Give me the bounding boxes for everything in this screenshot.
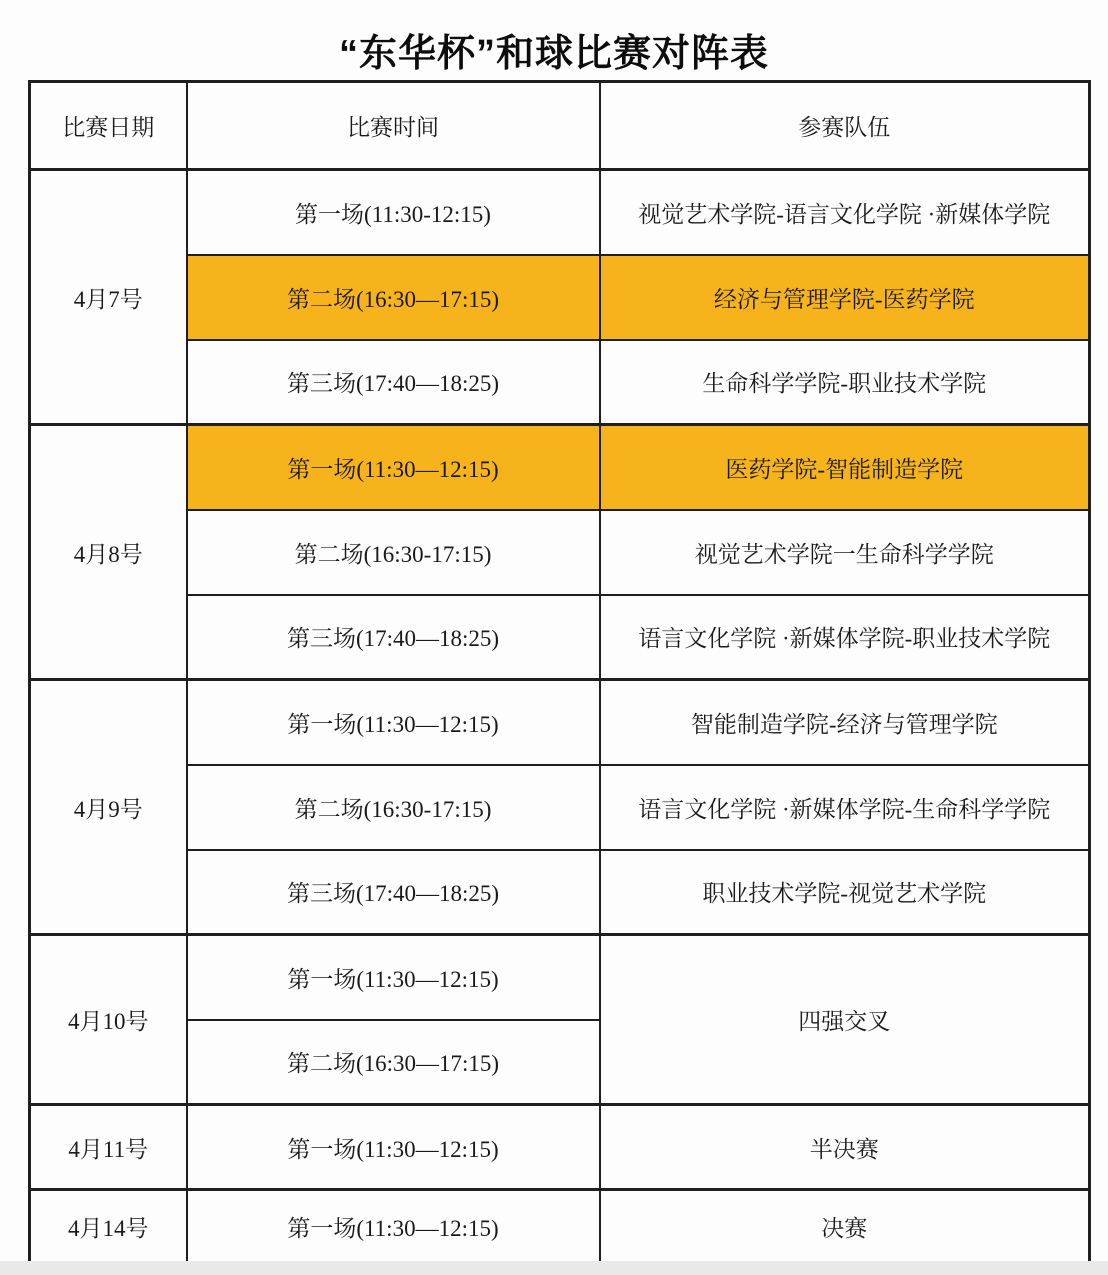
table-row: 第二场(16:30-17:15) 视觉艺术学院一生命科学学院	[30, 510, 1090, 595]
document-sheet: “东华杯”和球比赛对阵表 比赛日期 比赛时间 参赛队伍 4月7号 第一场(11:…	[0, 0, 1108, 1261]
table-row: 4月14号 第一场(11:30—12:15) 决赛	[30, 1190, 1090, 1264]
time-cell: 第二场(16:30—17:15)	[187, 255, 600, 340]
date-cell: 4月7号	[30, 170, 187, 425]
teams-cell: 医药学院-智能制造学院	[600, 425, 1090, 510]
teams-cell: 视觉艺术学院一生命科学学院	[600, 510, 1090, 595]
time-cell: 第二场(16:30-17:15)	[187, 765, 600, 850]
teams-cell: 决赛	[600, 1190, 1090, 1264]
teams-cell: 视觉艺术学院-语言文化学院 ·新媒体学院	[600, 170, 1090, 255]
time-cell: 第一场(11:30—12:15)	[187, 680, 600, 765]
date-cell: 4月8号	[30, 425, 187, 680]
teams-cell: 半决赛	[600, 1105, 1090, 1190]
table-row: 4月9号 第一场(11:30—12:15) 智能制造学院-经济与管理学院	[30, 680, 1090, 765]
page-title: “东华杯”和球比赛对阵表	[0, 0, 1108, 58]
time-cell: 第三场(17:40—18:25)	[187, 595, 600, 680]
table-row: 第二场(16:30—17:15) 经济与管理学院-医药学院	[30, 255, 1090, 340]
teams-cell: 语言文化学院 ·新媒体学院-生命科学学院	[600, 765, 1090, 850]
table-row: 第二场(16:30-17:15) 语言文化学院 ·新媒体学院-生命科学学院	[30, 765, 1090, 850]
teams-cell: 智能制造学院-经济与管理学院	[600, 680, 1090, 765]
photo-edge-strip	[0, 1261, 1108, 1275]
date-cell: 4月11号	[30, 1105, 187, 1190]
table-row: 4月8号 第一场(11:30—12:15) 医药学院-智能制造学院	[30, 425, 1090, 510]
date-cell: 4月10号	[30, 935, 187, 1105]
teams-cell: 经济与管理学院-医药学院	[600, 255, 1090, 340]
time-cell: 第三场(17:40—18:25)	[187, 850, 600, 935]
time-cell: 第一场(11:30—12:15)	[187, 935, 600, 1020]
date-cell: 4月9号	[30, 680, 187, 935]
time-cell: 第二场(16:30-17:15)	[187, 510, 600, 595]
table-row: 第三场(17:40—18:25) 语言文化学院 ·新媒体学院-职业技术学院	[30, 595, 1090, 680]
teams-cell: 职业技术学院-视觉艺术学院	[600, 850, 1090, 935]
date-cell: 4月14号	[30, 1190, 187, 1264]
time-cell: 第一场(11:30—12:15)	[187, 1105, 600, 1190]
time-cell: 第二场(16:30—17:15)	[187, 1020, 600, 1105]
table-row: 4月11号 第一场(11:30—12:15) 半决赛	[30, 1105, 1090, 1190]
table-row: 第三场(17:40—18:25) 生命科学学院-职业技术学院	[30, 340, 1090, 425]
time-cell: 第一场(11:30—12:15)	[187, 425, 600, 510]
header-row: 比赛日期 比赛时间 参赛队伍	[30, 82, 1090, 170]
time-cell: 第三场(17:40—18:25)	[187, 340, 600, 425]
schedule-table: 比赛日期 比赛时间 参赛队伍 4月7号 第一场(11:30-12:15) 视觉艺…	[28, 80, 1091, 1265]
teams-cell: 语言文化学院 ·新媒体学院-职业技术学院	[600, 595, 1090, 680]
teams-cell: 生命科学学院-职业技术学院	[600, 340, 1090, 425]
table-row: 4月10号 第一场(11:30—12:15) 四强交叉	[30, 935, 1090, 1020]
table-row: 4月7号 第一场(11:30-12:15) 视觉艺术学院-语言文化学院 ·新媒体…	[30, 170, 1090, 255]
teams-cell: 四强交叉	[600, 935, 1090, 1105]
header-cell-time: 比赛时间	[187, 82, 600, 170]
table-row: 第三场(17:40—18:25) 职业技术学院-视觉艺术学院	[30, 850, 1090, 935]
time-cell: 第一场(11:30—12:15)	[187, 1190, 600, 1264]
header-cell-teams: 参赛队伍	[600, 82, 1090, 170]
header-cell-date: 比赛日期	[30, 82, 187, 170]
time-cell: 第一场(11:30-12:15)	[187, 170, 600, 255]
